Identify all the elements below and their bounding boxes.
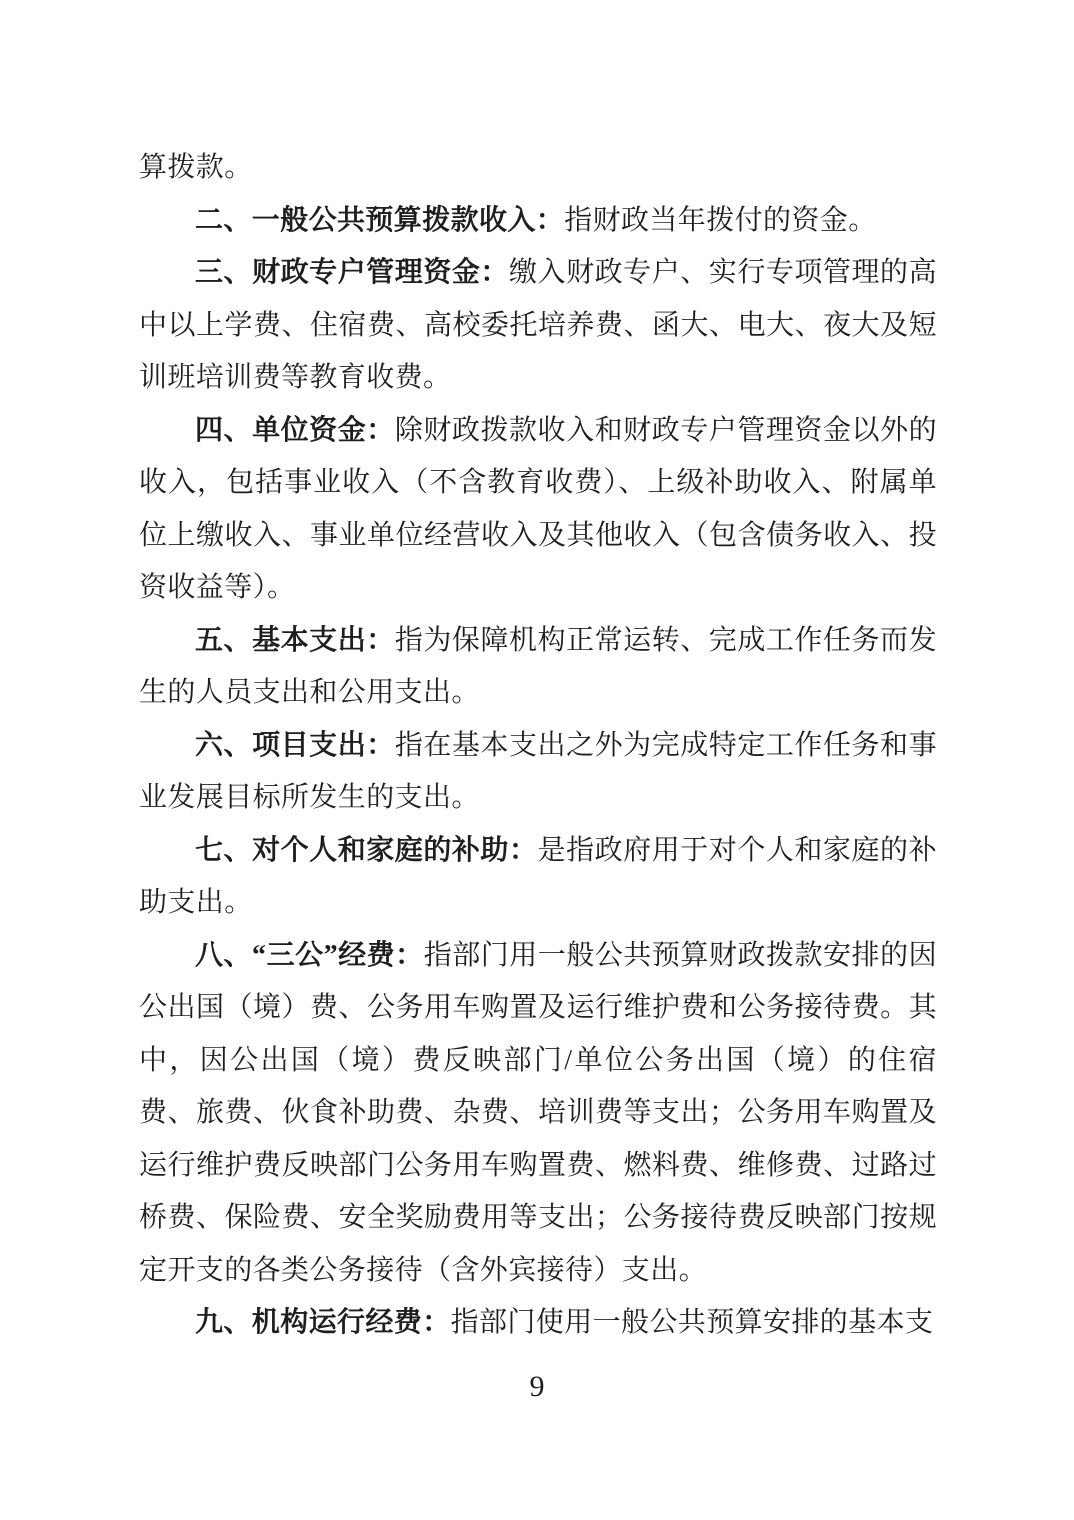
term-heading: 三、财政专户管理资金：: [195, 257, 509, 288]
paragraph: 六、项目支出：指在基本支出之外为完成特定工作任务和事业发展目标所发生的支出。: [139, 720, 937, 825]
term-heading: 二、一般公共预算拨款收入：: [195, 205, 564, 236]
term-heading: 四、单位资金：: [195, 415, 395, 446]
term-definition: 指部门使用一般公共预算安排的基本支: [451, 1307, 934, 1338]
paragraph: 九、机构运行经费：指部门使用一般公共预算安排的基本支: [139, 1297, 937, 1350]
paragraph: 算拨款。: [139, 142, 937, 195]
page-number: 9: [0, 1370, 1074, 1404]
term-heading: 九、机构运行经费：: [195, 1307, 451, 1338]
paragraph: 八、“三公”经费：指部门用一般公共预算财政拨款安排的因公出国（境）费、公务用车购…: [139, 930, 937, 1298]
paragraph: 二、一般公共预算拨款收入：指财政当年拨付的资金。: [139, 195, 937, 248]
paragraph: 四、单位资金：除财政拨款收入和财政专户管理资金以外的收入，包括事业收入（不含教育…: [139, 405, 937, 615]
term-heading: 六、项目支出：: [195, 730, 395, 761]
document-page: 算拨款。 二、一般公共预算拨款收入：指财政当年拨付的资金。 三、财政专户管理资金…: [0, 0, 1074, 1520]
term-heading: 八、“三公”经费：: [195, 940, 424, 971]
paragraph: 五、基本支出：指为保障机构正常运转、完成工作任务而发生的人员支出和公用支出。: [139, 615, 937, 720]
term-definition: 指财政当年拨付的资金。: [564, 205, 876, 236]
term-heading: 五、基本支出：: [195, 625, 395, 656]
term-definition: 指部门用一般公共预算财政拨款安排的因公出国（境）费、公务用车购置及运行维护费和公…: [139, 940, 937, 1286]
paragraph: 七、对个人和家庭的补助：是指政府用于对个人和家庭的补助支出。: [139, 825, 937, 930]
document-body: 算拨款。 二、一般公共预算拨款收入：指财政当年拨付的资金。 三、财政专户管理资金…: [139, 142, 937, 1350]
term-heading: 七、对个人和家庭的补助：: [195, 835, 538, 866]
term-definition: 算拨款。: [139, 152, 253, 183]
paragraph: 三、财政专户管理资金：缴入财政专户、实行专项管理的高中以上学费、住宿费、高校委托…: [139, 247, 937, 405]
